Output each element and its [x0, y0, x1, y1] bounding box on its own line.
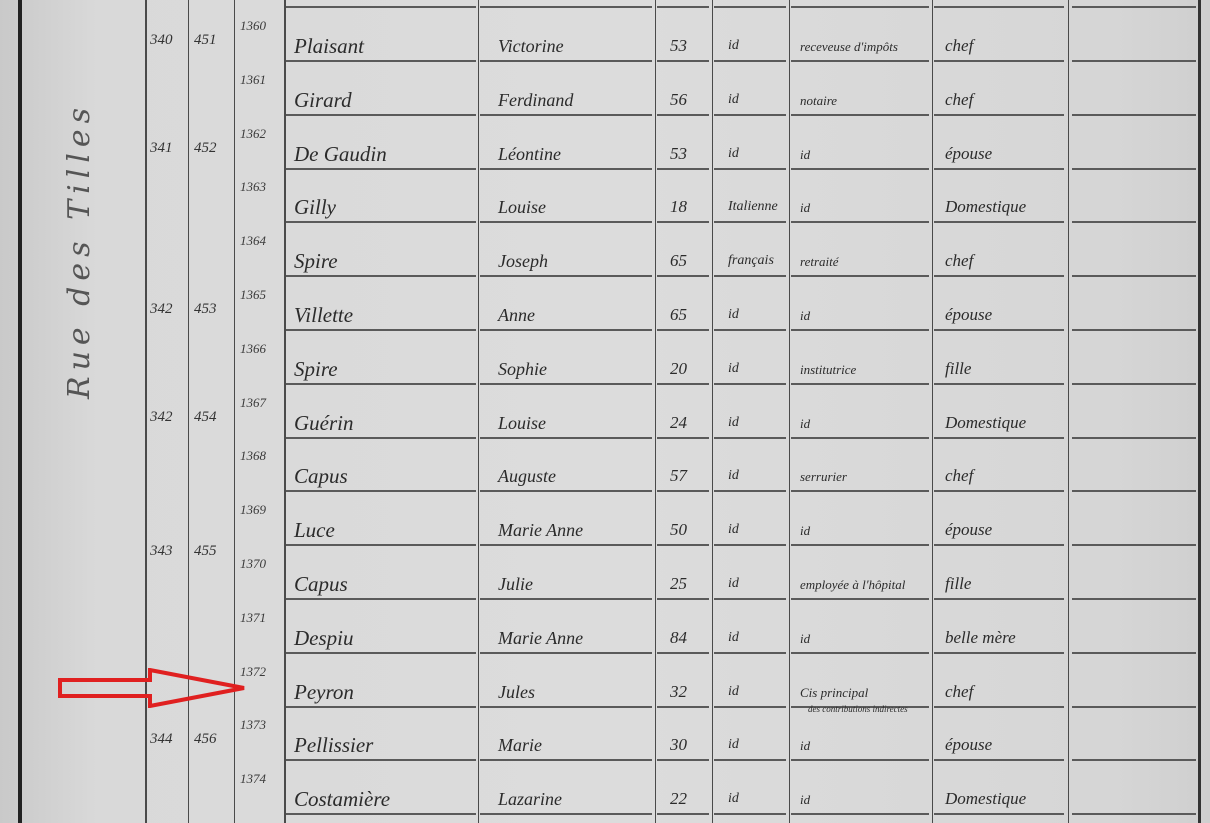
person-number: 1371: [240, 610, 266, 626]
person-number: 1360: [240, 18, 266, 34]
person-number: 1373: [240, 717, 266, 733]
row-rule: [657, 329, 709, 331]
row-rule: [934, 114, 1064, 116]
row-rule: [286, 275, 476, 277]
row-rule: [1072, 275, 1196, 277]
row-rule: [480, 6, 652, 8]
age: 84: [670, 628, 687, 648]
row-rule: [1072, 6, 1196, 8]
row-rule: [934, 437, 1064, 439]
nationality: id: [728, 576, 739, 592]
row-rule: [1072, 437, 1196, 439]
row-rule: [1072, 168, 1196, 170]
row-rule: [286, 221, 476, 223]
row-rule: [791, 275, 929, 277]
row-rule: [286, 490, 476, 492]
nationality: id: [728, 307, 739, 323]
surname: De Gaudin: [294, 142, 387, 167]
row-rule: [480, 275, 652, 277]
profession: id: [800, 523, 810, 539]
profession: id: [800, 308, 810, 324]
row-rule: [791, 490, 929, 492]
row-rule: [286, 759, 476, 761]
surname: Despiu: [294, 626, 354, 651]
census-page: Rue des Tilles 1360PlaisantVictorine53id…: [0, 0, 1210, 823]
row-rule: [480, 813, 652, 815]
row-rule: [1072, 652, 1196, 654]
person-number: 1361: [240, 72, 266, 88]
profession: employée à l'hôpital: [800, 577, 905, 593]
household-role: Domestique: [945, 413, 1026, 433]
given-name: Anne: [498, 305, 535, 326]
surname: Spire: [294, 249, 338, 274]
house-number: 342: [150, 409, 173, 426]
age: 56: [670, 90, 687, 110]
row-rule: [1072, 598, 1196, 600]
surname: Spire: [294, 357, 338, 382]
row-rule: [714, 168, 786, 170]
col-rule-surname: [478, 0, 479, 823]
row-rule: [480, 598, 652, 600]
household-role: chef: [945, 466, 973, 486]
age: 24: [670, 413, 687, 433]
household-number: 455: [194, 543, 217, 560]
profession: id: [800, 631, 810, 647]
household-role: chef: [945, 90, 973, 110]
nationality: id: [728, 630, 739, 646]
row-rule: [1072, 221, 1196, 223]
household-role: fille: [945, 574, 971, 594]
row-rule: [480, 706, 652, 708]
surname: Plaisant: [294, 34, 364, 59]
row-rule: [934, 275, 1064, 277]
row-rule: [714, 437, 786, 439]
row-rule: [657, 114, 709, 116]
row-rule: [657, 6, 709, 8]
household-role: chef: [945, 682, 973, 702]
person-number: 1368: [240, 448, 266, 464]
row-rule: [714, 813, 786, 815]
household-number: 451: [194, 32, 217, 49]
person-number: 1374: [240, 771, 266, 787]
row-rule: [657, 221, 709, 223]
row-rule: [480, 544, 652, 546]
age: 20: [670, 359, 687, 379]
row-rule: [286, 813, 476, 815]
given-name: Léontine: [498, 144, 561, 165]
profession: Cis principal: [800, 685, 868, 701]
surname: Gilly: [294, 195, 336, 220]
surname: Capus: [294, 572, 348, 597]
household-number: 452: [194, 140, 217, 157]
surname: Costamière: [294, 787, 390, 812]
margin-street-note: Rue des Tilles: [40, 90, 120, 410]
age: 18: [670, 197, 687, 217]
col-rule-prof: [932, 0, 933, 823]
row-rule: [934, 60, 1064, 62]
row-rule: [791, 652, 929, 654]
row-rule: [657, 706, 709, 708]
household-role: Domestique: [945, 789, 1026, 809]
nationality: id: [728, 361, 739, 377]
row-rule: [657, 60, 709, 62]
row-rule: [657, 544, 709, 546]
row-rule: [714, 544, 786, 546]
profession: id: [800, 738, 810, 754]
surname: Capus: [294, 464, 348, 489]
row-rule: [791, 6, 929, 8]
age: 22: [670, 789, 687, 809]
row-rule: [286, 598, 476, 600]
row-rule: [934, 490, 1064, 492]
row-rule: [480, 168, 652, 170]
person-number: 1362: [240, 126, 266, 142]
surname: Peyron: [294, 680, 354, 705]
age: 53: [670, 144, 687, 164]
row-rule: [1072, 490, 1196, 492]
page-edge-left: [18, 0, 22, 823]
household-role: épouse: [945, 144, 992, 164]
nationality: id: [728, 468, 739, 484]
row-rule: [791, 437, 929, 439]
row-rule: [1072, 60, 1196, 62]
row-rule: [791, 221, 929, 223]
profession: id: [800, 792, 810, 808]
row-rule: [791, 114, 929, 116]
row-rule: [791, 329, 929, 331]
row-rule: [480, 759, 652, 761]
given-name: Sophie: [498, 359, 547, 380]
col-rule-nat: [789, 0, 790, 823]
row-rule: [657, 437, 709, 439]
age: 65: [670, 305, 687, 325]
person-number: 1370: [240, 556, 266, 572]
row-rule: [714, 60, 786, 62]
age: 32: [670, 682, 687, 702]
given-name: Louise: [498, 197, 546, 218]
person-number: 1364: [240, 233, 266, 249]
row-rule: [1072, 329, 1196, 331]
age: 65: [670, 251, 687, 271]
profession: institutrice: [800, 362, 856, 378]
row-rule: [791, 60, 929, 62]
given-name: Jules: [498, 682, 535, 703]
row-rule: [657, 652, 709, 654]
given-name: Auguste: [498, 466, 556, 487]
nationality: id: [728, 684, 739, 700]
row-rule: [286, 544, 476, 546]
row-rule: [286, 437, 476, 439]
surname: Luce: [294, 518, 335, 543]
row-rule: [714, 759, 786, 761]
profession: id: [800, 200, 810, 216]
row-rule: [286, 168, 476, 170]
nationality: id: [728, 92, 739, 108]
household-role: épouse: [945, 305, 992, 325]
row-rule: [714, 221, 786, 223]
nationality: id: [728, 146, 739, 162]
person-number: 1366: [240, 341, 266, 357]
given-name: Lazarine: [498, 789, 562, 810]
household-role: belle mère: [945, 628, 1016, 648]
household-number: 456: [194, 731, 217, 748]
row-rule: [1072, 813, 1196, 815]
row-rule: [480, 221, 652, 223]
household-number: 453: [194, 301, 217, 318]
row-rule: [934, 168, 1064, 170]
profession: id: [800, 147, 810, 163]
profession: serrurier: [800, 469, 847, 485]
col-rule-given: [655, 0, 656, 823]
row-rule: [934, 221, 1064, 223]
surname: Villette: [294, 303, 353, 328]
household-role: fille: [945, 359, 971, 379]
row-rule: [286, 114, 476, 116]
col-rule-person: [284, 0, 286, 823]
household-role: Domestique: [945, 197, 1026, 217]
row-rule: [1072, 114, 1196, 116]
row-rule: [934, 6, 1064, 8]
row-rule: [286, 652, 476, 654]
given-name: Marie Anne: [498, 628, 583, 649]
row-rule: [480, 383, 652, 385]
house-number: 341: [150, 140, 173, 157]
house-number: 340: [150, 32, 173, 49]
row-rule: [657, 813, 709, 815]
row-rule: [286, 60, 476, 62]
row-rule: [934, 544, 1064, 546]
col-rule-role: [1068, 0, 1069, 823]
row-rule: [1072, 706, 1196, 708]
profession-note: des contributions indirectes: [808, 704, 908, 714]
row-rule: [714, 706, 786, 708]
row-rule: [657, 168, 709, 170]
nationality: id: [728, 415, 739, 431]
row-rule: [480, 329, 652, 331]
row-rule: [657, 275, 709, 277]
person-number: 1365: [240, 287, 266, 303]
row-rule: [1072, 383, 1196, 385]
given-name: Joseph: [498, 251, 548, 272]
row-rule: [714, 490, 786, 492]
row-rule: [286, 706, 476, 708]
row-rule: [286, 6, 476, 8]
col-rule-age: [712, 0, 713, 823]
row-rule: [286, 383, 476, 385]
household-role: chef: [945, 36, 973, 56]
age: 25: [670, 574, 687, 594]
given-name: Victorine: [498, 36, 564, 57]
row-rule: [791, 168, 929, 170]
row-rule: [714, 383, 786, 385]
row-rule: [714, 275, 786, 277]
row-rule: [657, 598, 709, 600]
house-number: 343: [150, 543, 173, 560]
nationality: id: [728, 522, 739, 538]
row-rule: [934, 329, 1064, 331]
row-rule: [480, 60, 652, 62]
row-rule: [791, 383, 929, 385]
age: 30: [670, 735, 687, 755]
row-rule: [286, 329, 476, 331]
surname: Girard: [294, 88, 352, 113]
given-name: Ferdinand: [498, 90, 573, 111]
row-rule: [934, 759, 1064, 761]
row-rule: [480, 114, 652, 116]
nationality: français: [728, 253, 774, 269]
nationality: id: [728, 791, 739, 807]
household-role: épouse: [945, 735, 992, 755]
row-rule: [791, 598, 929, 600]
profession: notaire: [800, 93, 837, 109]
row-rule: [657, 759, 709, 761]
row-rule: [714, 6, 786, 8]
row-rule: [714, 652, 786, 654]
row-rule: [714, 329, 786, 331]
nationality: id: [728, 38, 739, 54]
household-number: 454: [194, 409, 217, 426]
row-rule: [791, 544, 929, 546]
row-rule: [934, 383, 1064, 385]
row-rule: [934, 813, 1064, 815]
person-number: 1363: [240, 179, 266, 195]
row-rule: [934, 652, 1064, 654]
person-number: 1367: [240, 395, 266, 411]
household-role: chef: [945, 251, 973, 271]
row-rule: [714, 598, 786, 600]
given-name: Louise: [498, 413, 546, 434]
row-rule: [480, 490, 652, 492]
surname: Guérin: [294, 411, 354, 436]
given-name: Julie: [498, 574, 533, 595]
row-rule: [657, 383, 709, 385]
house-number: 342: [150, 301, 173, 318]
page-edge-right: [1198, 0, 1201, 823]
row-rule: [934, 598, 1064, 600]
age: 53: [670, 36, 687, 56]
row-rule: [714, 114, 786, 116]
row-rule: [657, 490, 709, 492]
red-arrow-annotation: [58, 668, 248, 708]
given-name: Marie: [498, 735, 542, 756]
given-name: Marie Anne: [498, 520, 583, 541]
age: 57: [670, 466, 687, 486]
profession: receveuse d'impôts: [800, 39, 898, 55]
row-rule: [480, 652, 652, 654]
row-rule: [934, 706, 1064, 708]
nationality: Italienne: [728, 199, 778, 215]
row-rule: [1072, 544, 1196, 546]
household-role: épouse: [945, 520, 992, 540]
row-rule: [480, 437, 652, 439]
profession: retraité: [800, 254, 839, 270]
surname: Pellissier: [294, 733, 373, 758]
nationality: id: [728, 737, 739, 753]
row-rule: [791, 759, 929, 761]
row-rule: [1072, 759, 1196, 761]
age: 50: [670, 520, 687, 540]
house-number: 344: [150, 731, 173, 748]
row-rule: [791, 813, 929, 815]
person-number: 1369: [240, 502, 266, 518]
profession: id: [800, 416, 810, 432]
